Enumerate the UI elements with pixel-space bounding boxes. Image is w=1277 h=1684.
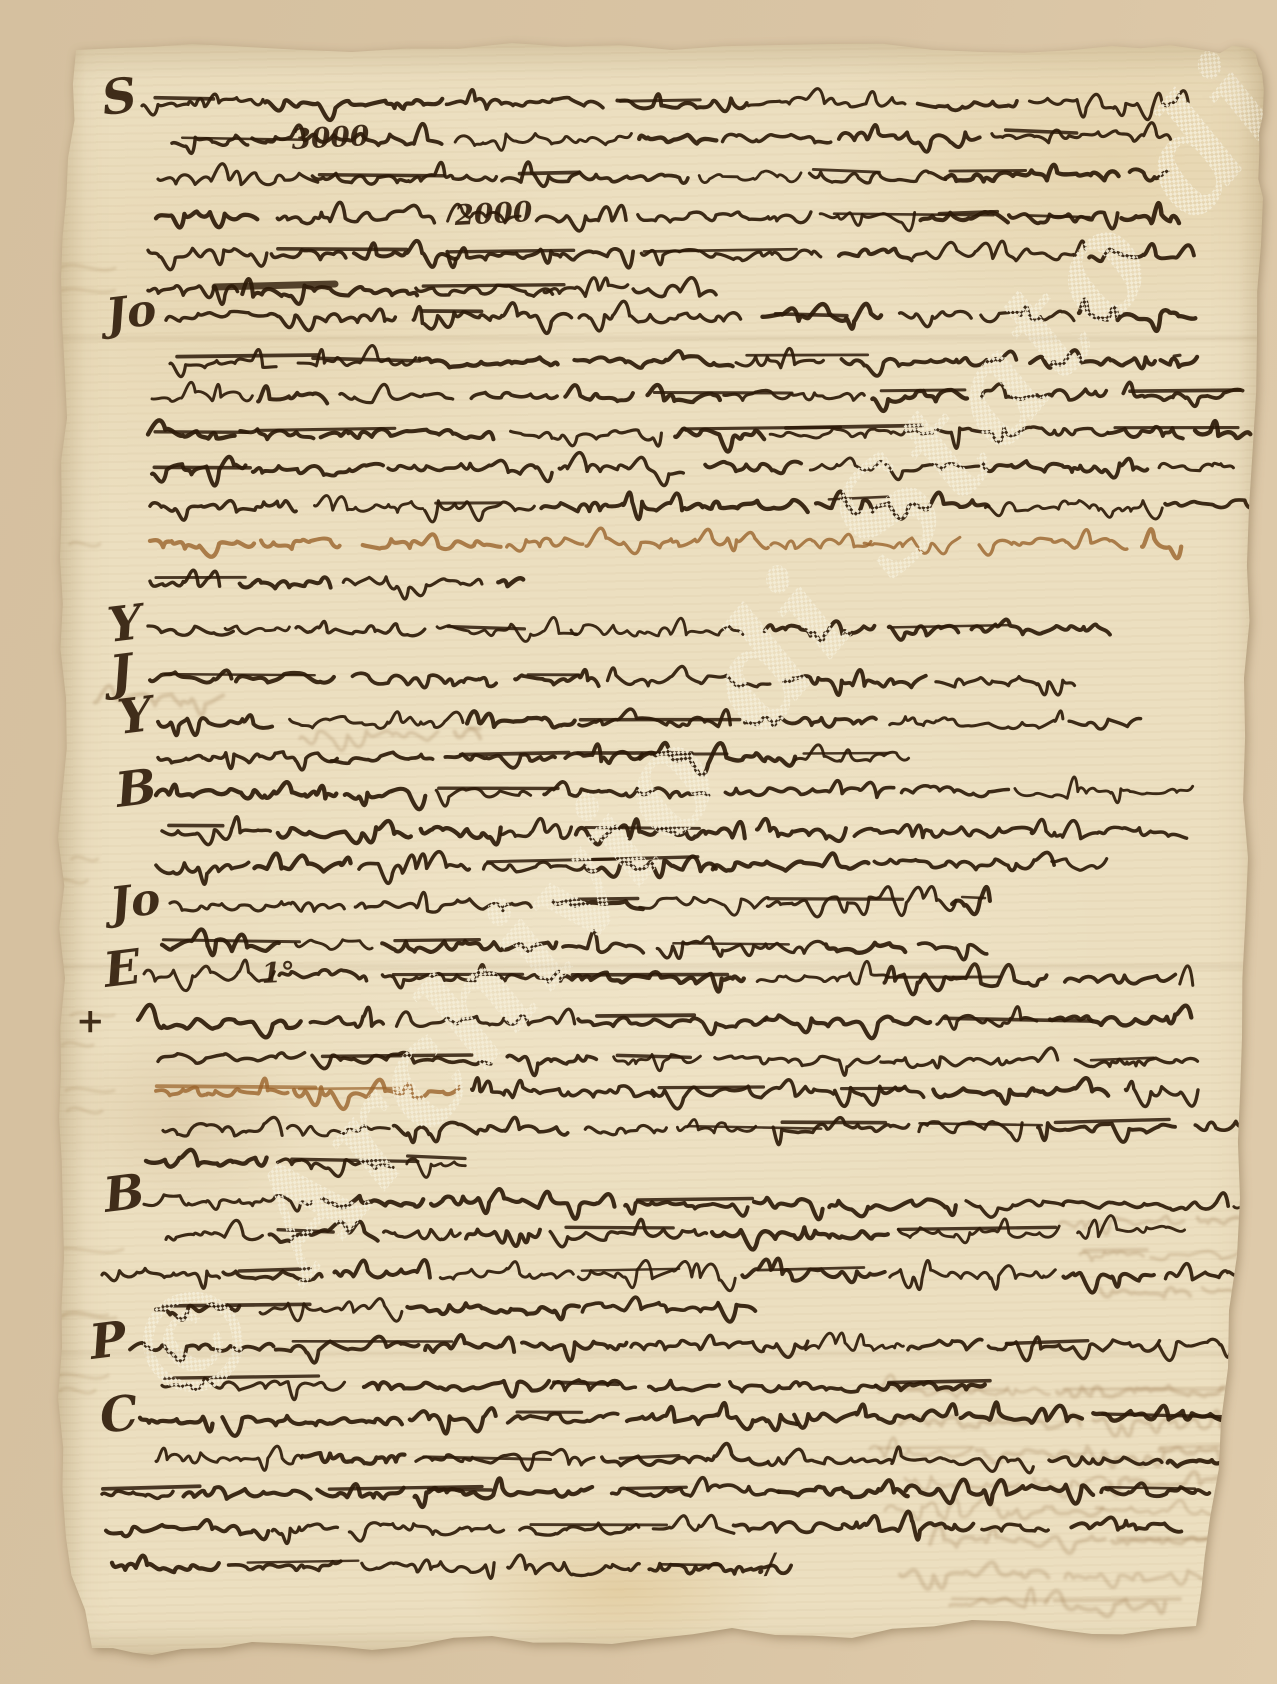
- archive-watermark: © Archivio di Stato di Prato: [0, 0, 1277, 1684]
- watermark-text: © Archivio di Stato di Prato: [92, 0, 1277, 1445]
- svg-text:Y: Y: [115, 686, 161, 746]
- svg-text:B: B: [99, 1163, 148, 1224]
- svg-text:J: J: [99, 643, 140, 703]
- paper-vignette: [52, 38, 1268, 1662]
- svg-text:Jo: Jo: [96, 284, 159, 342]
- svg-text:Jo: Jo: [100, 873, 163, 931]
- handwriting-ink-layer: S30002000JoYJYBJoE1°+BPC./: [0, 0, 1277, 1684]
- ink-bleedthrough-layer: [0, 0, 1277, 1684]
- svg-text:Y: Y: [105, 594, 151, 654]
- svg-text:2000: 2000: [453, 195, 534, 232]
- scanned-document-background: S30002000JoYJYBJoE1°+BPC./ © Archivio di…: [0, 0, 1277, 1684]
- svg-text:./: ./: [755, 1547, 779, 1581]
- manuscript-sheet: S30002000JoYJYBJoE1°+BPC./ © Archivio di…: [0, 0, 1277, 1684]
- svg-text:E: E: [99, 939, 146, 999]
- svg-text:3000: 3000: [291, 119, 371, 156]
- svg-text:+: +: [76, 1001, 105, 1041]
- svg-text:C: C: [97, 1385, 142, 1445]
- svg-text:S: S: [99, 67, 140, 127]
- svg-text:B: B: [111, 758, 160, 819]
- svg-text:1°: 1°: [261, 955, 296, 990]
- paper-page: S30002000JoYJYBJoE1°+BPC./ © Archivio di…: [52, 38, 1268, 1662]
- svg-text:P: P: [85, 1311, 132, 1371]
